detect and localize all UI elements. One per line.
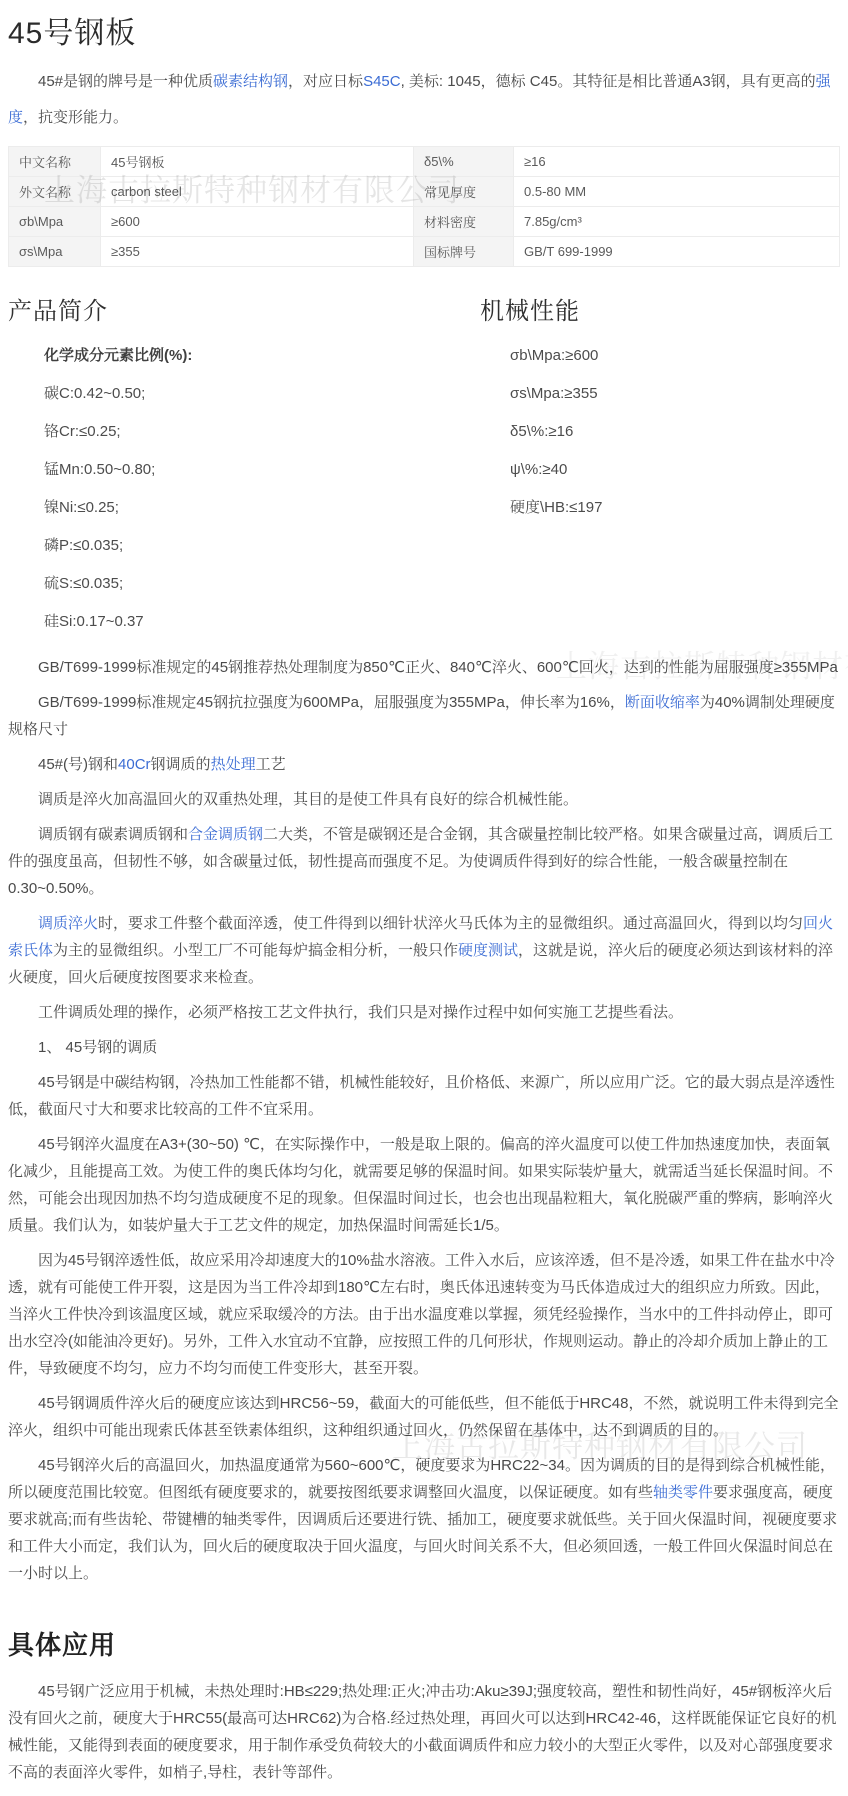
mechanical-properties-list: σb\Mpa:≥600σs\Mpa:≥355δ5\%:≥16ψ\%:≥40硬度\… xyxy=(480,342,842,521)
body-paragraph: 45#(号)钢和40Cr钢调质的热处理工艺 xyxy=(8,751,842,778)
text-segment: GB/T699-1999标准规定的45钢推荐热处理制度为850℃正火、840℃淬… xyxy=(38,659,838,676)
text-segment: 45号钢淬火温度在A3+(30~50) ℃，在实际操作中，一般是取上限的。偏高的… xyxy=(8,1136,833,1234)
property-item: 铬Cr:≤0.25; xyxy=(44,418,480,445)
property-item: σb\Mpa:≥600 xyxy=(510,342,842,369)
intro-paragraph: 45#是钢的牌号是一种优质碳素结构钢，对应日标S45C, 美标: 1045，德标… xyxy=(8,64,842,136)
property-item: δ5\%:≥16 xyxy=(510,418,842,445)
spec-label: 中文名称 xyxy=(9,147,101,177)
spec-value: carbon steel xyxy=(101,177,414,207)
body-paragraph: 因为45号钢淬透性低，故应采用冷却速度大的10%盐水溶液。工件入水后，应该淬透，… xyxy=(8,1247,842,1382)
inline-link[interactable]: S45C xyxy=(363,73,401,90)
spec-value: ≥355 xyxy=(101,237,414,267)
property-item: 锰Mn:0.50~0.80; xyxy=(44,456,480,483)
spec-row: σs\Mpa≥355国标牌号GB/T 699-1999 xyxy=(9,237,840,267)
body-paragraph: GB/T699-1999标准规定45钢抗拉强度为600MPa，屈服强度为355M… xyxy=(8,689,842,743)
section-heading-product-intro: 产品简介 xyxy=(8,291,480,326)
spec-table: 中文名称45号钢板δ5\%≥16外文名称carbon steel常见厚度0.5-… xyxy=(8,146,840,267)
property-item: ψ\%:≥40 xyxy=(510,456,842,483)
spec-value: ≥600 xyxy=(101,207,414,237)
body-paragraph: 45号钢淬火后的高温回火，加热温度通常为560~600℃，硬度要求为HRC22~… xyxy=(8,1452,842,1587)
text-segment: 45#(号)钢和 xyxy=(38,756,118,773)
property-item: 硬度\HB:≤197 xyxy=(510,494,842,521)
text-segment: ，抗变形能力。 xyxy=(23,109,128,126)
text-segment: 调质是淬火加高温回火的双重热处理，其目的是使工件具有良好的综合机械性能。 xyxy=(38,791,578,808)
mechanical-column: 机械性能 σb\Mpa:≥600σs\Mpa:≥355δ5\%:≥16ψ\%:≥… xyxy=(480,291,842,646)
text-segment: 工件调质处理的操作，必须严格按工艺文件执行，我们只是对操作过程中如何实施工艺提些… xyxy=(38,1004,683,1021)
property-item: 化学成分元素比例(%): xyxy=(44,342,480,369)
spec-table-body: 中文名称45号钢板δ5\%≥16外文名称carbon steel常见厚度0.5-… xyxy=(9,147,840,267)
inline-link[interactable]: 调质淬火 xyxy=(38,915,98,932)
inline-link[interactable]: 硬度测试 xyxy=(458,942,518,959)
spec-label: 材料密度 xyxy=(414,207,514,237)
spec-row: σb\Mpa≥600材料密度7.85g/cm³ xyxy=(9,207,840,237)
property-item: 硅Si:0.17~0.37 xyxy=(44,608,480,635)
spec-value: 45号钢板 xyxy=(101,147,414,177)
spec-label: 常见厚度 xyxy=(414,177,514,207)
text-segment: 调质钢有碳素调质钢和 xyxy=(38,826,188,843)
body-paragraph: 工件调质处理的操作，必须严格按工艺文件执行，我们只是对操作过程中如何实施工艺提些… xyxy=(8,999,842,1026)
text-segment: 1、 45号钢的调质 xyxy=(38,1039,157,1056)
application-paragraph: 45号钢广泛应用于机械，未热处理时:HB≤229;热处理:正火;冲击功:Aku≥… xyxy=(8,1678,842,1786)
text-segment: 45号钢调质件淬火后的硬度应该达到HRC56~59，截面大的可能低些，但不能低于… xyxy=(8,1395,839,1439)
body-paragraph: 调质是淬火加高温回火的双重热处理，其目的是使工件具有良好的综合机械性能。 xyxy=(8,786,842,813)
properties-section: 产品简介 化学成分元素比例(%):碳C:0.42~0.50;铬Cr:≤0.25;… xyxy=(8,291,842,646)
spec-row: 外文名称carbon steel常见厚度0.5-80 MM xyxy=(9,177,840,207)
body-paragraph: GB/T699-1999标准规定的45钢推荐热处理制度为850℃正火、840℃淬… xyxy=(8,654,842,681)
spec-label: 外文名称 xyxy=(9,177,101,207)
inline-link[interactable]: 热处理 xyxy=(211,756,256,773)
spec-label: σs\Mpa xyxy=(9,237,101,267)
page-title: 45号钢板 xyxy=(8,8,842,52)
property-item: 碳C:0.42~0.50; xyxy=(44,380,480,407)
body-paragraph: 调质淬火时，要求工件整个截面淬透，使工件得到以细针状淬火马氏体为主的显微组织。通… xyxy=(8,910,842,991)
spec-label: 国标牌号 xyxy=(414,237,514,267)
body-paragraph: 45号钢调质件淬火后的硬度应该达到HRC56~59，截面大的可能低些，但不能低于… xyxy=(8,1390,842,1444)
text-segment: 45#是钢的牌号是一种优质 xyxy=(38,73,213,90)
text-segment: 因为45号钢淬透性低，故应采用冷却速度大的10%盐水溶液。工件入水后，应该淬透，… xyxy=(8,1252,835,1377)
inline-link[interactable]: 碳素结构钢 xyxy=(213,73,288,90)
body-paragraph: 1、 45号钢的调质 xyxy=(8,1034,842,1061)
text-segment: 时，要求工件整个截面淬透，使工件得到以细针状淬火马氏体为主的显微组织。通过高温回… xyxy=(98,915,803,932)
text-segment: GB/T699-1999标准规定45钢抗拉强度为600MPa，屈服强度为355M… xyxy=(38,694,625,711)
text-segment: 为主的显微组织。小型工厂不可能每炉搞金相分析，一般只作 xyxy=(53,942,458,959)
article-page: 45号钢板 45#是钢的牌号是一种优质碳素结构钢，对应日标S45C, 美标: 1… xyxy=(0,0,848,1796)
spec-row: 中文名称45号钢板δ5\%≥16 xyxy=(9,147,840,177)
text-segment: ，对应日标 xyxy=(288,73,363,90)
text-segment: 45号钢广泛应用于机械，未热处理时:HB≤229;热处理:正火;冲击功:Aku≥… xyxy=(8,1683,836,1781)
spec-value: 0.5-80 MM xyxy=(514,177,840,207)
inline-link[interactable]: 合金调质钢 xyxy=(188,826,263,843)
body-paragraph: 45号钢淬火温度在A3+(30~50) ℃，在实际操作中，一般是取上限的。偏高的… xyxy=(8,1131,842,1239)
article-body: GB/T699-1999标准规定的45钢推荐热处理制度为850℃正火、840℃淬… xyxy=(8,654,842,1587)
product-intro-column: 产品简介 化学成分元素比例(%):碳C:0.42~0.50;铬Cr:≤0.25;… xyxy=(8,291,480,646)
text-segment: 钢调质的 xyxy=(151,756,211,773)
property-item: σs\Mpa:≥355 xyxy=(510,380,842,407)
text-segment: , 美标: 1045，德标 C45。其特征是相比普通A3钢，具有更高的 xyxy=(401,73,816,90)
inline-link[interactable]: 轴类零件 xyxy=(653,1484,713,1501)
spec-label: δ5\% xyxy=(414,147,514,177)
spec-value: 7.85g/cm³ xyxy=(514,207,840,237)
text-segment: 工艺 xyxy=(256,756,286,773)
property-item: 磷P:≤0.035; xyxy=(44,532,480,559)
chemical-composition-list: 化学成分元素比例(%):碳C:0.42~0.50;铬Cr:≤0.25;锰Mn:0… xyxy=(8,342,480,635)
body-paragraph: 45号钢是中碳结构钢，冷热加工性能都不错，机械性能较好，且价格低、来源广，所以应… xyxy=(8,1069,842,1123)
property-item: 硫S:≤0.035; xyxy=(44,570,480,597)
section-heading-application: 具体应用 xyxy=(8,1625,842,1662)
spec-label: σb\Mpa xyxy=(9,207,101,237)
spec-value: ≥16 xyxy=(514,147,840,177)
inline-link[interactable]: 断面收缩率 xyxy=(625,694,700,711)
body-paragraph: 调质钢有碳素调质钢和合金调质钢二大类，不管是碳钢还是合金钢，其含碳量控制比较严格… xyxy=(8,821,842,902)
text-segment: 45号钢是中碳结构钢，冷热加工性能都不错，机械性能较好，且价格低、来源广，所以应… xyxy=(8,1074,835,1118)
inline-link[interactable]: 40Cr xyxy=(118,756,151,773)
property-item: 镍Ni:≤0.25; xyxy=(44,494,480,521)
section-heading-mechanical: 机械性能 xyxy=(480,291,842,326)
spec-value: GB/T 699-1999 xyxy=(514,237,840,267)
